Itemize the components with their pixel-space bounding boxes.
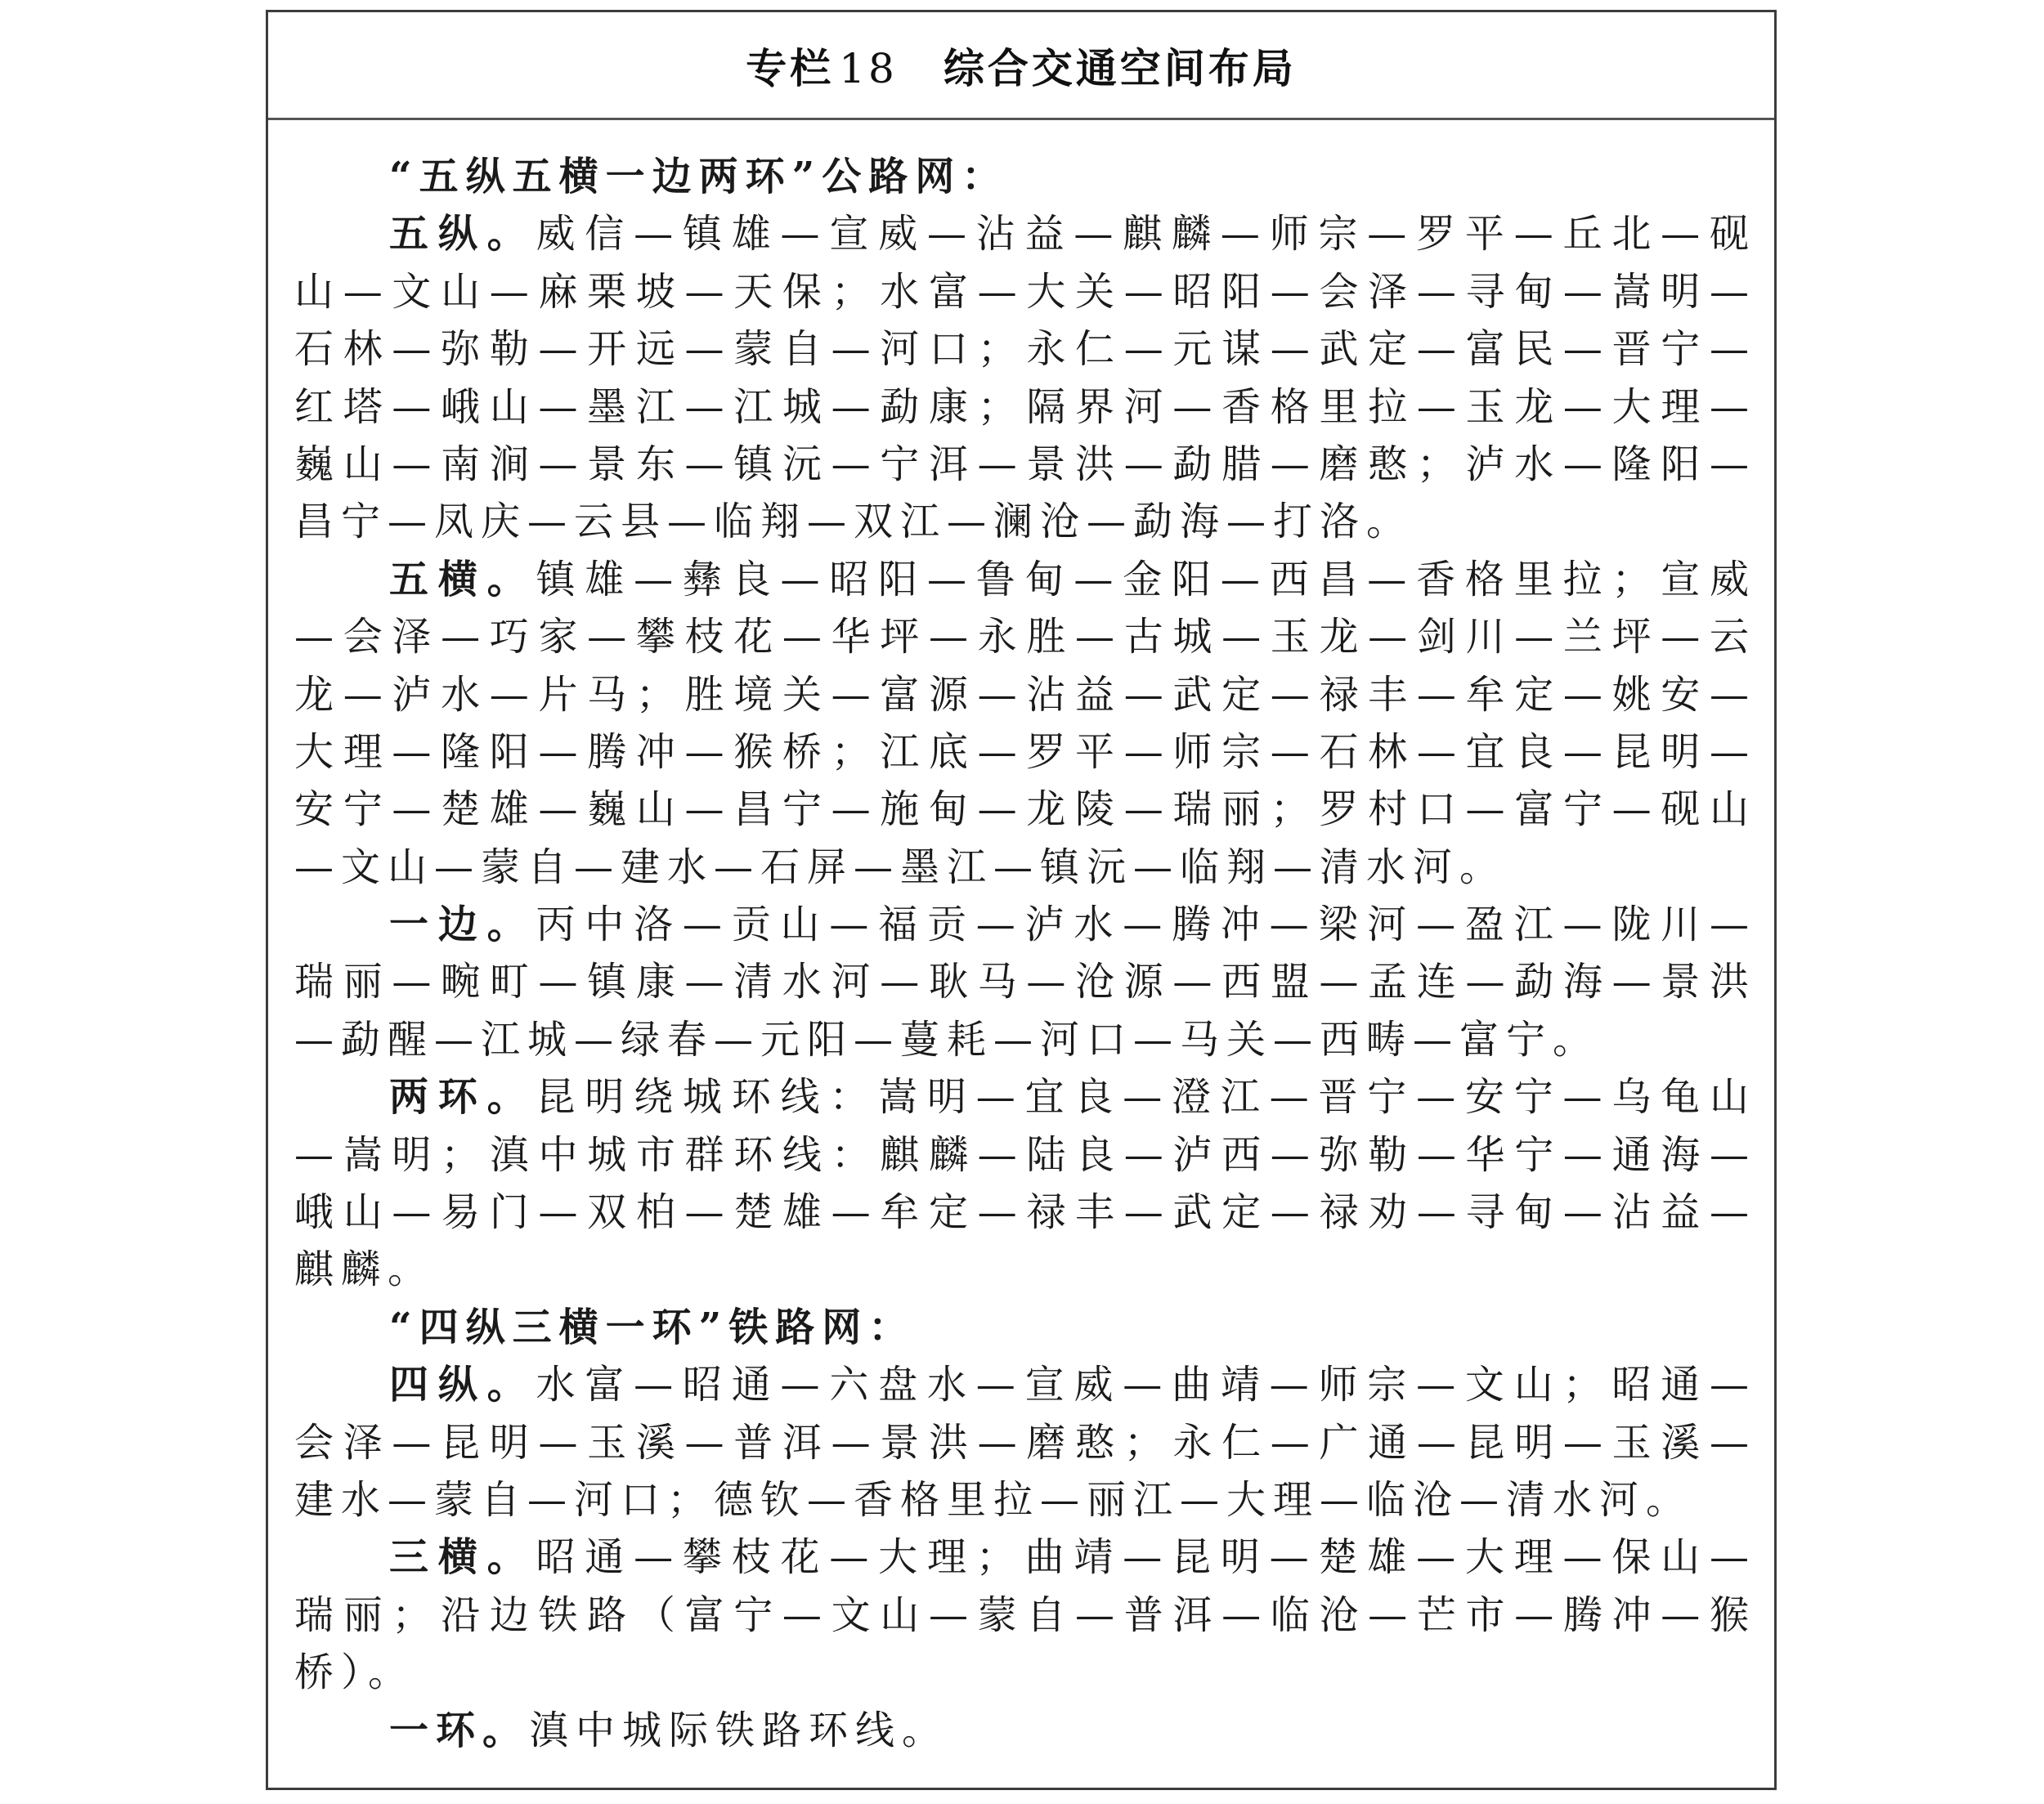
paragraph-text: 昆明绕城环线：嵩明—宜良—澄江—晋宁—安宁—乌龟山 bbox=[536, 1074, 1756, 1120]
paragraph-text: 滇中城际铁路环线。 bbox=[529, 1708, 948, 1753]
paragraph-text: 镇雄—彝良—昭阳—鲁甸—金阳—西昌—香格里拉；宣威 bbox=[536, 557, 1756, 602]
paragraph-text: 龙—泸水—片马；胜境关—富源—沾益—武定—禄丰—牟定—姚安— bbox=[294, 666, 1756, 723]
paragraph-label: 一边。 bbox=[389, 902, 536, 947]
title-bar: 专栏18综合交通空间布局 bbox=[268, 12, 1774, 120]
title-number: 18 bbox=[839, 45, 898, 92]
paragraph-text: —文山—蒙自—建水—石屏—墨江—镇沅—临翔—清水河。 bbox=[294, 839, 1756, 896]
paragraph-text: —嵩明；滇中城市群环线：麒麟—陆良—泸西—弥勒—华宁—通海— bbox=[294, 1126, 1756, 1184]
paragraph-three-horizontal: 三横。昭通—攀枝花—大理；曲靖—昆明—楚雄—大理—保山— 瑞丽；沿边铁路（富宁—… bbox=[294, 1529, 1756, 1701]
paragraph-text: 巍山—南涧—景东—镇沅—宁洱—景洪—勐腊—磨憨；泸水—隆阳— bbox=[294, 436, 1756, 493]
paragraph-text: 瑞丽—畹町—镇康—清水河—耿马—沧源—西盟—孟连—勐海—景洪 bbox=[294, 953, 1756, 1010]
paragraph-one-border: 一边。丙中洛—贡山—福贡—泸水—腾冲—梁河—盈江—陇川— 瑞丽—畹町—镇康—清水… bbox=[294, 896, 1756, 1068]
paragraph-label: 四纵。 bbox=[389, 1362, 536, 1408]
section-heading-highway: “五纵五横一边两环”公路网： bbox=[294, 148, 1756, 205]
paragraph-text: 桥）。 bbox=[294, 1644, 1756, 1701]
section-heading-railway: “四纵三横一环”铁路网： bbox=[294, 1299, 1756, 1356]
paragraph-text: 瑞丽；沿边铁路（富宁—文山—蒙自—普洱—临沧—芒市—腾冲—猴 bbox=[294, 1587, 1756, 1644]
feature-box: 专栏18综合交通空间布局 “五纵五横一边两环”公路网： 五纵。威信—镇雄—宣威—… bbox=[266, 10, 1777, 1790]
paragraph-one-ring: 一环。滇中城际铁路环线。 bbox=[294, 1702, 1756, 1759]
paragraph-label: 五纵。 bbox=[389, 211, 536, 257]
paragraph-text: 丙中洛—贡山—福贡—泸水—腾冲—梁河—盈江—陇川— bbox=[536, 902, 1756, 947]
page-title: 专栏18综合交通空间布局 bbox=[746, 36, 1297, 95]
paragraph-text: 威信—镇雄—宣威—沾益—麒麟—师宗—罗平—丘北—砚 bbox=[536, 211, 1756, 257]
paragraph-five-horizontal: 五横。镇雄—彝良—昭阳—鲁甸—金阳—西昌—香格里拉；宣威 —会泽—巧家—攀枝花—… bbox=[294, 551, 1756, 896]
paragraph-text: 红塔—峨山—墨江—江城—勐康；隔界河—香格里拉—玉龙—大理— bbox=[294, 378, 1756, 436]
paragraph-text: —会泽—巧家—攀枝花—华坪—永胜—古城—玉龙—剑川—兰坪—云 bbox=[294, 608, 1756, 665]
title-text: 综合交通空间布局 bbox=[944, 45, 1297, 92]
paragraph-text: 峨山—易门—双柏—楚雄—牟定—禄丰—武定—禄劝—寻甸—沾益— bbox=[294, 1184, 1756, 1241]
paragraph-four-vertical: 四纵。水富—昭通—六盘水—宣威—曲靖—师宗—文山；昭通— 会泽—昆明—玉溪—普洱… bbox=[294, 1356, 1756, 1529]
paragraph-text: 山—文山—麻栗坡—天保；水富—大关—昭阳—会泽—寻甸—嵩明— bbox=[294, 263, 1756, 320]
paragraph-text: 会泽—昆明—玉溪—普洱—景洪—磨憨；永仁—广通—昆明—玉溪— bbox=[294, 1414, 1756, 1471]
paragraph-text: 昭通—攀枝花—大理；曲靖—昆明—楚雄—大理—保山— bbox=[536, 1534, 1756, 1580]
title-prefix: 专栏 bbox=[746, 45, 834, 92]
paragraph-label: 五横。 bbox=[389, 557, 536, 602]
paragraph-text: 安宁—楚雄—巍山—昌宁—施甸—龙陵—瑞丽；罗村口—富宁—砚山 bbox=[294, 781, 1756, 838]
paragraph-text: 水富—昭通—六盘水—宣威—曲靖—师宗—文山；昭通— bbox=[536, 1362, 1756, 1408]
paragraph-text: 麒麟。 bbox=[294, 1241, 1756, 1298]
paragraph-label: 一环。 bbox=[389, 1708, 529, 1753]
paragraph-text: 建水—蒙自—河口；德钦—香格里拉—丽江—大理—临沧—清水河。 bbox=[294, 1471, 1756, 1529]
paragraph-label: 两环。 bbox=[389, 1074, 536, 1120]
paragraph-text: 石林—弥勒—开远—蒙自—河口；永仁—元谋—武定—富民—晋宁— bbox=[294, 320, 1756, 378]
paragraph-text: 大理—隆阳—腾冲—猴桥；江底—罗平—师宗—石林—宜良—昆明— bbox=[294, 723, 1756, 781]
content-body: “五纵五横一边两环”公路网： 五纵。威信—镇雄—宣威—沾益—麒麟—师宗—罗平—丘… bbox=[294, 148, 1756, 1759]
paragraph-two-rings: 两环。昆明绕城环线：嵩明—宜良—澄江—晋宁—安宁—乌龟山 —嵩明；滇中城市群环线… bbox=[294, 1068, 1756, 1299]
paragraph-text: —勐醒—江城—绿春—元阳—蔓耗—河口—马关—西畴—富宁。 bbox=[294, 1011, 1756, 1068]
paragraph-label: 三横。 bbox=[389, 1534, 536, 1580]
paragraph-five-vertical: 五纵。威信—镇雄—宣威—沾益—麒麟—师宗—罗平—丘北—砚 山—文山—麻栗坡—天保… bbox=[294, 205, 1756, 550]
paragraph-text: 昌宁—凤庆—云县—临翔—双江—澜沧—勐海—打洛。 bbox=[294, 493, 1756, 550]
